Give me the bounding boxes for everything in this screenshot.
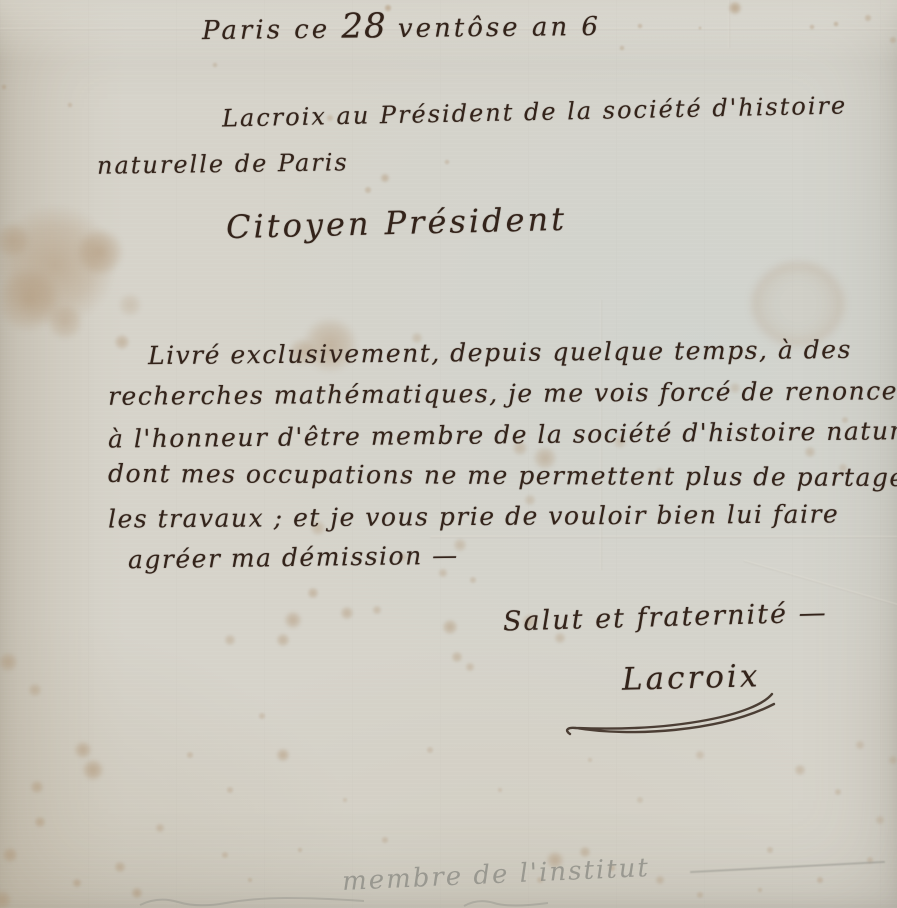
- foxing-spot: [728, 1, 742, 15]
- foxing-spot: [465, 662, 475, 672]
- foxing-spot: [72, 878, 82, 888]
- foxing-spot: [131, 887, 143, 899]
- foxing-spot: [695, 750, 705, 760]
- foxing-spot: [247, 877, 253, 883]
- foxing-spot: [30, 780, 44, 794]
- dateline-day: 28: [341, 6, 387, 46]
- body-line: les travaux ; et je vous prie de vouloir…: [108, 499, 839, 533]
- foxing-spot: [114, 861, 126, 873]
- foxing-spot: [340, 606, 354, 620]
- addressee-line-1: Lacroix au Président de la société d'his…: [222, 91, 848, 132]
- foxing-spot: [442, 619, 458, 635]
- foxing-spot: [0, 222, 30, 258]
- foxing-spot: [118, 293, 142, 317]
- foxing-spot: [155, 823, 165, 833]
- pencil-annotation: membre de l'institut: [341, 853, 650, 897]
- closing-salutation: Salut et fraternité —: [503, 597, 828, 637]
- foxing-spot: [307, 587, 319, 599]
- foxing-spot: [76, 228, 124, 276]
- foxing-spot: [816, 876, 824, 884]
- foxing-spot: [655, 875, 665, 885]
- foxing-spot: [47, 304, 83, 340]
- foxing-spot: [444, 159, 450, 165]
- foxing-spot: [372, 605, 382, 615]
- foxing-spot: [497, 787, 503, 793]
- foxing-spot: [451, 651, 463, 663]
- foxing-spot: [833, 21, 839, 27]
- foxing-spot: [804, 446, 816, 458]
- foxing-spot: [381, 836, 389, 844]
- foxing-spot: [114, 334, 130, 350]
- foxing-spot: [619, 45, 625, 51]
- foxing-spot: [0, 652, 18, 672]
- pencil-trace-cutoff-mid: [462, 897, 552, 908]
- dateline-month-year: ventôse an 6: [387, 12, 602, 44]
- foxing-spot: [212, 62, 218, 68]
- foxing-spot: [364, 186, 372, 194]
- salutation: Citoyen Président: [226, 200, 568, 246]
- dateline: Paris ce 28 ventôse an 6: [202, 4, 601, 48]
- foxing-spot: [226, 786, 234, 794]
- fold-crease-vertical-top: [728, 0, 730, 48]
- foxing-spot: [888, 755, 897, 765]
- foxing-spot: [698, 26, 702, 30]
- ring-stain: [752, 262, 844, 346]
- foxing-spot: [224, 634, 236, 646]
- addressee-line-2: naturelle de Paris: [97, 148, 349, 180]
- body-line: recherches mathématiques, je me vois for…: [108, 376, 897, 411]
- foxing-spot: [426, 746, 434, 754]
- foxing-spot: [766, 846, 774, 854]
- foxing-spot: [834, 788, 842, 796]
- foxing-spot: [696, 891, 704, 899]
- foxing-spot: [2, 847, 18, 863]
- foxing-spot: [0, 890, 12, 908]
- foxing-spot: [0, 205, 115, 325]
- foxing-spot: [809, 24, 815, 30]
- signature: Lacroix: [622, 658, 761, 698]
- foxing-spot: [34, 816, 46, 828]
- foxing-spot: [67, 102, 73, 108]
- pencil-annotation-stroke: [690, 861, 885, 873]
- foxing-spot: [864, 14, 872, 22]
- foxing-spot: [284, 611, 302, 629]
- foxing-spot: [855, 740, 865, 750]
- foxing-spot: [587, 757, 593, 763]
- foxing-spot: [186, 751, 194, 759]
- foxing-spot: [258, 712, 266, 720]
- foxing-spot: [469, 576, 477, 584]
- foxing-spot: [889, 36, 897, 44]
- foxing-spot: [221, 851, 229, 859]
- paper-tone-overlay: [0, 0, 897, 908]
- foxing-spot: [794, 764, 806, 776]
- body-line: Livré exclusivement, depuis quelque temp…: [148, 335, 852, 370]
- foxing-spot: [637, 23, 643, 29]
- foxing-spot: [380, 173, 390, 183]
- pencil-trace-cutoff-left: [138, 892, 368, 908]
- body-line: à l'honneur d'être membre de la société …: [108, 416, 897, 454]
- foxing-spot: [757, 887, 763, 893]
- foxing-spot: [1, 84, 7, 90]
- foxing-spot: [297, 847, 303, 853]
- foxing-spot: [875, 815, 885, 825]
- fold-crease-middle: [430, 536, 897, 538]
- foxing-spot: [342, 797, 348, 803]
- letter-photograph: Paris ce 28 ventôse an 6 Lacroix au Prés…: [0, 0, 897, 908]
- body-line: agréer ma démission —: [128, 541, 459, 575]
- foxing-spot: [276, 748, 290, 762]
- foxing-spot: [636, 796, 644, 804]
- laid-paper-texture: [0, 0, 897, 908]
- foxing-spot: [0, 268, 60, 332]
- foxing-spot: [82, 759, 104, 781]
- body-line: dont mes occupations ne me permettent pl…: [108, 459, 897, 492]
- foxing-spot: [276, 633, 290, 647]
- foxing-spot: [74, 741, 92, 759]
- foxing-spot: [28, 683, 42, 697]
- dateline-place: Paris ce: [202, 15, 342, 46]
